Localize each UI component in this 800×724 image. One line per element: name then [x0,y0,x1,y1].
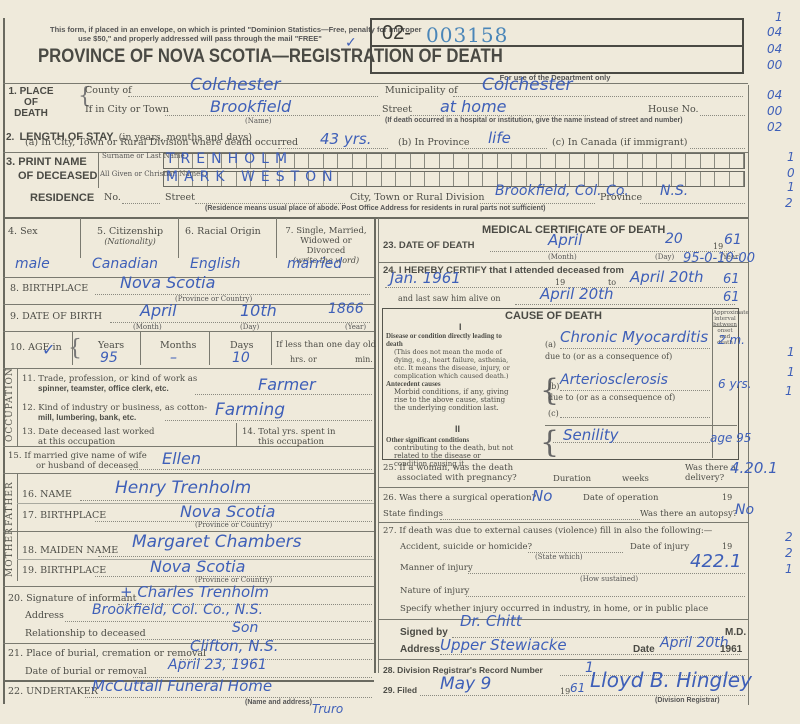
filed-year: 61 [570,681,585,695]
manner-caption: (How sustained) [580,575,638,583]
day-caption: (Day) [240,323,259,331]
spouse-value: Ellen [162,449,201,468]
county-value: Colchester [190,75,281,95]
last-saw-value: April 20th [540,285,614,303]
due-to-1: due to (or as a consequence of) [545,352,672,361]
sig-address-label: Address [400,644,440,655]
divider [17,531,18,581]
given-value: MARK WESTON [166,169,339,185]
divider [3,473,374,474]
days-value: 10 [232,350,250,366]
divider [3,368,374,369]
father-side-label: FATHER [5,478,15,526]
divider [72,331,73,365]
less-than-day-label: If less than one day old [276,340,376,350]
mother-birthplace-value: Nova Scotia [150,557,245,576]
antecedent-label: Antecedent causes Morbid conditions, if … [386,380,514,412]
hospital-note: (If death occurred in a hospital or inst… [385,117,683,124]
divider [378,619,748,620]
sig-address-line [440,654,740,655]
q11-value: Farmer [258,375,316,394]
margin-code: 1 [785,384,793,398]
stay-b-line [462,148,547,149]
year-caption: (Year) [345,323,366,331]
stay-b-label: (b) In Province [398,137,470,148]
residence-no-label: No. [104,192,121,203]
sig-address-value: Upper Stewiacke [440,636,567,654]
manner-line [468,573,745,574]
margin-code: 04 [767,42,782,56]
marital-value: married [287,256,342,272]
sex-value: male [15,256,50,272]
residence-no-line [122,203,160,204]
occupation-side-label: OCCUPATION [5,372,15,442]
margin-code: 1 [775,10,783,24]
margin-code: 2 [785,530,793,544]
reg-number: 003158 [426,23,508,47]
undertaker-caption: (Name and address) [245,699,312,706]
manner-label: Manner of injury [400,563,473,573]
dod-day-caption: (Day) [655,253,674,261]
autopsy-label: Was there an autopsy? [640,509,737,519]
margin-code: 1 [787,150,795,164]
margin-code: 2 [785,196,793,210]
house-label: House No. [648,104,699,115]
cause-a-line [560,348,710,349]
filed-year-prefix: 19 [560,687,570,696]
specify-label: Specify whether injury occurred in indus… [400,604,708,614]
residence-city-line [480,203,595,204]
nature-line [466,596,745,597]
q26-value: No [532,487,552,505]
undertaker-line [85,697,372,698]
cause-b-interval: 6 yrs. [718,377,752,391]
stay-c-line [690,148,745,149]
direct-cause-label: Disease or condition directly leading to… [386,332,514,380]
divider [17,368,18,446]
margin-code: 0 [787,166,795,180]
filed-label: 29. Filed [383,685,417,696]
brace: { [540,428,559,458]
father-name-label: 16. NAME [22,489,72,500]
cause-b-value: Arteriosclerosis [560,372,668,388]
column-divider [378,218,379,673]
residence-street-label: Street [165,192,195,203]
dod-day: 20 [665,231,683,247]
left-border [3,18,5,704]
mother-name-label: 18. MAIDEN NAME [22,545,118,556]
months-value: – [170,350,177,366]
margin-code: 04 [767,88,782,102]
mother-side-label: MOTHER [5,535,15,577]
divider [98,152,99,188]
birthplace-value: Nova Scotia [120,273,215,292]
due-to-2: due to (or as a consequence of) [548,393,675,402]
q27-code: 422.1 [690,551,742,572]
cause-a-prefix: (a) [545,340,556,349]
min-label: min. [355,355,373,364]
autopsy-value: No [735,502,754,518]
burial-date-label: Date of burial or removal [25,666,147,677]
registrar-caption: (Division Registrar) [655,697,720,704]
dod-year: 61 [724,232,742,248]
divider [378,262,748,263]
divider [276,218,277,258]
dod-year-prefix: 19 [713,242,723,251]
informant-address-label: Address [25,610,64,621]
q12-line [165,420,372,421]
filed-value: May 9 [440,674,491,694]
age-check: ✓ [42,340,55,359]
divider [17,473,18,531]
duration-label: Duration [553,474,591,484]
racial-origin-value: English [190,256,241,272]
city-value: Brookfield [210,97,291,116]
findings-line [440,519,640,520]
racial-origin-label: 6. Racial Origin [185,226,261,237]
margin-code: 02 [767,120,782,134]
weeks-label: weeks [622,474,649,484]
operation-year-prefix: 19 [722,493,732,502]
cause-b-line [560,390,710,391]
findings-label: State findings [383,509,443,519]
father-birthplace-label: 17. BIRTHPLACE [22,510,106,521]
birthplace-label: 8. BIRTHPLACE [10,283,88,294]
divider [178,218,179,258]
month-caption: (Month) [133,323,162,331]
residence-street-line [195,203,345,204]
q12-value: Farming [215,400,285,420]
stay-a-value: 43 yrs. [320,130,371,148]
given-label: All Given or Christian Names [100,171,164,178]
last-saw-line [515,304,735,305]
dob-month: April [140,301,177,320]
divider [236,423,237,446]
last-saw-year: 61 [723,290,740,305]
notice-line-2: use $50," and properly addressed will pa… [50,34,350,43]
dob-day: 10th [240,301,277,320]
attended-to: April 20th [630,268,704,286]
stay-b-value: life [488,129,511,147]
margin-code: 00 [767,58,782,72]
relationship-value: Son [232,620,258,636]
margin-code: 00 [767,104,782,118]
mother-birthplace-label: 19. BIRTHPLACE [22,565,106,576]
margin-code: 1 [787,365,795,379]
place-of-death-label: 1. PLACE OF DEATH [6,86,56,119]
last-saw-label: and last saw him alive on [398,294,501,303]
operation-date-label: Date of operation [583,493,658,503]
spouse-line [130,469,372,470]
check-mark: ✓ [345,35,357,51]
dod-label: 23. DATE OF DEATH [383,240,475,251]
informant-address-value: Brookfield, Col. Co., N.S. [92,602,263,618]
stay-a-line [278,148,388,149]
margin-code: 1 [787,180,795,194]
registrar-signature: Lloyd B. Hingley [590,668,752,692]
relationship-label: Relationship to deceased [25,628,146,639]
margin-code: 04 [767,25,782,39]
divider [271,331,272,365]
divider [80,218,81,258]
house-line [700,115,745,116]
street-value: at home [440,97,507,116]
print-name-label: 3. PRINT NAME OF DECEASED [6,155,97,183]
cause-title: CAUSE OF DEATH [505,310,602,322]
residence-city-label: City, Town or Rural Division [350,192,484,203]
street-label: Street [382,104,412,115]
brace: { [68,336,82,361]
divider [3,83,748,84]
q11-label: 11. Trade, profession, or kind of work a… [22,374,197,393]
stay-c-label: (c) In Canada (if immigrant) [552,137,687,148]
divider [3,643,374,644]
burial-date-value: April 23, 1961 [168,657,267,673]
part-2-label: II [455,424,460,434]
hrs-label: hrs. or [290,355,317,364]
stay-a-label: (a) In City, Town or Rural Division wher… [25,137,298,148]
mother-name-value: Margaret Chambers [132,532,302,552]
residence-province-line [640,203,745,204]
divider [378,487,748,488]
citizenship-label: 5. Citizenship (Nationality) [86,226,174,246]
residence-province-value: N.S. [660,183,688,199]
q25-code: 4.20.1 [730,459,778,477]
surname-label: Surname or Last Name [102,153,162,160]
right-border [748,85,749,705]
name-caption: (Name) [245,117,272,125]
cause-a-value: Chronic Myocarditis [560,328,708,346]
divider [378,522,748,523]
nature-label: Nature of injury [400,586,469,596]
margin-code: 1 [787,345,795,359]
q11-line [195,394,372,395]
divider [378,659,748,660]
sig-date-value: April 20th [660,635,729,651]
undertaker-value: McCuttall Funeral Home [92,677,272,695]
part-1-label: I [459,322,462,332]
cause-c-line [560,417,710,418]
q27-label: 27. If death was due to external causes … [383,526,712,536]
accident-caption: (State which) [535,553,583,561]
reg-prefix: 02- [382,22,411,45]
filed-line [420,695,745,696]
burial-place-value: Clifton, N.S. [190,637,278,655]
q13-label: 13. Date deceased last worked at this oc… [22,427,154,447]
dob-label: 9. DATE OF BIRTH [10,311,102,322]
residence-note: (Residence means usual place of abode. P… [205,205,546,212]
county-label: County of [85,85,132,96]
sex-label: 4. Sex [8,226,38,237]
age-code: 95-0-10-00 [683,251,755,266]
column-divider [374,218,376,673]
cause-b-prefix: (b) [548,382,559,391]
years-value: 95 [100,350,118,366]
margin-code: 1 [785,562,793,576]
undertaker-extra: Truro [312,702,343,716]
undertaker-label: 22. UNDERTAKER [8,686,98,697]
sig-year: 1961 [720,644,742,655]
other-interval: age 95 [710,431,751,445]
months-label: Months [160,340,196,351]
divider [3,331,374,332]
father-name-line [80,500,372,501]
injury-date-label: Date of injury [630,542,689,552]
q26-label: 26. Was there a surgical operation? [383,493,536,503]
cause-c-prefix: (c) [548,409,559,418]
sig-date-label: Date [633,644,655,655]
father-birthplace-value: Nova Scotia [180,502,275,521]
residence-label: RESIDENCE [30,192,94,204]
attended-to-year: 61 [723,272,740,287]
divider [712,326,737,327]
residence-province-label: Province [600,192,642,203]
city-label: If in City or Town [85,104,169,115]
informant-sig-value: + Charles Trenholm [120,583,269,601]
citizenship-value: Canadian [92,256,158,272]
father-caption: (Province or Country) [195,521,272,529]
dod-month: April [548,231,582,249]
q25-label: 25. If a woman, was the death associated… [383,463,517,483]
accident-label: Accident, suicide or homicide? [400,542,532,552]
informant-address-line [65,621,372,622]
registration-number-box: 02- 003158 [370,18,744,74]
spouse-label: 15. If married give name of wife or husb… [8,451,147,471]
dob-year: 1866 [328,301,364,317]
signed-by-value: Dr. Chitt [460,612,522,630]
divider [209,331,210,365]
municipality-value: Colchester [482,75,573,95]
cause-a-interval: 2 m. [718,333,745,347]
margin-code: 2 [785,546,793,560]
father-name-value: Henry Trenholm [115,478,251,498]
attended-from: Jan. 1961 [390,269,461,287]
mail-notice: This form, if placed in an envelope, on … [50,25,350,43]
surname-value: TRENHOLM [166,151,293,167]
municipality-label: Municipality of [385,85,458,96]
divider [3,304,374,305]
dod-month-caption: (Month) [548,253,577,261]
other-value: Senility [563,426,619,444]
injury-year-prefix: 19 [722,542,732,551]
divider [140,331,141,365]
notice-line-1: This form, if placed in an envelope, on … [50,25,350,34]
q14-label: 14. Total yrs. spent in this occupation [242,427,336,447]
divider [3,446,374,447]
